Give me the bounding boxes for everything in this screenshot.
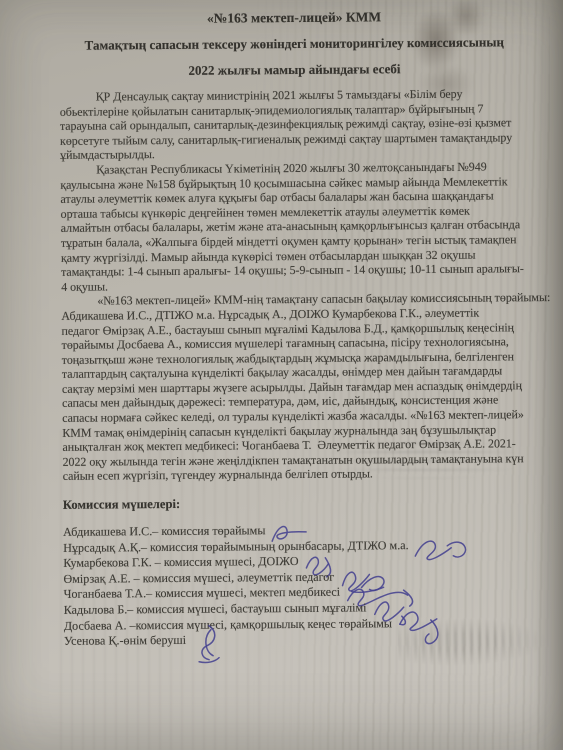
member-label: Чоганбаева Т.А.– комиссия мүшесі, мектеп… xyxy=(64,585,341,601)
paper-edge-shadow xyxy=(535,0,563,750)
member-label: Абдикашева И.С.– комиссия төрайымы xyxy=(63,523,265,539)
member-label: Кумарбекова Г.К. – комиссия мүшесі, ДОІЖ… xyxy=(63,554,298,570)
member-label: Кадылова Б.– комиссия мүшесі, бастауыш с… xyxy=(64,600,367,616)
document-body: «№163 мектеп-лицей» КММ Тамақтың сапасын… xyxy=(59,7,534,650)
report-subtitle: 2022 жылғы мамыр айындағы есебі xyxy=(59,59,529,81)
document-header: «№163 мектеп-лицей» КММ Тамақтың сапасын… xyxy=(59,7,530,81)
member-label: Досбаева А. –комиссия мүшесі, қамқоршылы… xyxy=(64,616,392,633)
paragraph-commission-monitoring: «№163 мектеп-лицей» КММ-нің тамақтану са… xyxy=(61,290,532,483)
member-label: Нұрсадық А.Қ.– комиссия төрайымының орын… xyxy=(63,538,408,555)
scanned-page: «№163 мектеп-лицей» КММ Тамақтың сапасын… xyxy=(0,0,563,750)
member-label: Өмірзақ А.Е. – комиссия мүшесі, әлеуметт… xyxy=(63,570,334,586)
report-title: Тамақтың сапасын тексеру жөніндегі монит… xyxy=(59,33,529,55)
signature-icon xyxy=(191,624,225,664)
paragraph-free-meals: Қазақстан Республикасы Үкіметінің 2020 ж… xyxy=(60,159,531,294)
members-list: Абдикашева И.С.– комиссия төрайымы Нұрса… xyxy=(63,521,534,650)
members-heading: Комиссия мүшелері: xyxy=(63,494,533,513)
paragraph-sanitary-requirements: ҚР Денсаулық сақтау министрінің 2021 жыл… xyxy=(60,86,531,163)
org-name: «№163 мектеп-лицей» КММ xyxy=(59,7,529,29)
member-label: Усенова Қ.-өнім беруші xyxy=(64,633,186,648)
